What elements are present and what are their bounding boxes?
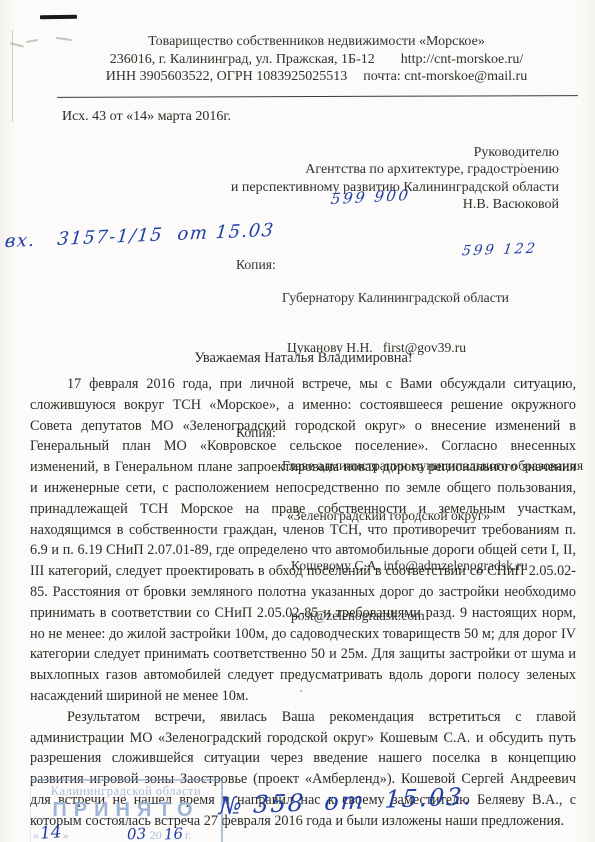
handwritten-stamp-day: 14 bbox=[39, 822, 62, 842]
received-stamp: Калининградской области ПРИНЯТО « 14 » 0… bbox=[30, 779, 223, 842]
handwritten-postal-index-copy: 599 122 bbox=[461, 241, 539, 260]
org-registration-numbers: ИНН 3905603522, ОГРН 1083925025513 bbox=[106, 69, 347, 84]
stamp-quote-close: » bbox=[63, 828, 69, 842]
copy-recipient-governor: Копия: Губернатору Калининградской облас… bbox=[236, 257, 588, 390]
stamp-accepted-label: ПРИНЯТО bbox=[31, 799, 221, 822]
org-website: http://cnt-morskoe.ru/ bbox=[401, 52, 523, 67]
salutation: Уважаемая Наталья Владимировна! bbox=[30, 350, 577, 367]
body-paragraph-1: 17 февраля 2016 года, при личной встрече… bbox=[30, 374, 576, 707]
letterhead: Товарищество собственников недвижимости … bbox=[60, 33, 573, 86]
copy1-line1: Губернатору Калининградской области bbox=[282, 290, 588, 307]
stamp-quote-open: « bbox=[33, 828, 39, 842]
handwritten-incoming-number: вх. 3157-1/15 от 15.03 bbox=[4, 220, 276, 252]
scan-corner-mark bbox=[40, 15, 77, 20]
pencil-scribble bbox=[26, 39, 38, 43]
letterhead-divider bbox=[57, 95, 578, 98]
stamp-region-line: Калининградской области bbox=[31, 784, 221, 799]
stamp-year-suffix: г. bbox=[185, 828, 192, 842]
stamp-date-row: « 14 » 03 20 16 г. bbox=[31, 823, 221, 842]
org-address: 236016, г. Калининград, ул. Пражская, 1Б… bbox=[110, 52, 375, 67]
org-email: почта: cnt-morskoe@mail.ru bbox=[363, 69, 527, 84]
outgoing-reference: Исх. 43 от «14» марта 2016г. bbox=[62, 109, 231, 125]
handwritten-stamp-month: 03 bbox=[126, 825, 146, 842]
copy-label: Копия: bbox=[236, 257, 282, 274]
addressee-title: Руководителю bbox=[129, 144, 559, 161]
addressee-agency: Агентства по архитектуре, градостроению bbox=[129, 161, 559, 178]
scanned-letter-page: Товарищество собственников недвижимости … bbox=[0, 0, 595, 842]
letter-body: 17 февраля 2016 года, при личной встрече… bbox=[30, 374, 576, 832]
stamp-century: 20 bbox=[150, 828, 162, 842]
org-name: Товарищество собственников недвижимости … bbox=[60, 33, 573, 51]
stamp-blank-line bbox=[72, 830, 124, 842]
handwritten-stamp-year: 16 bbox=[163, 825, 183, 842]
